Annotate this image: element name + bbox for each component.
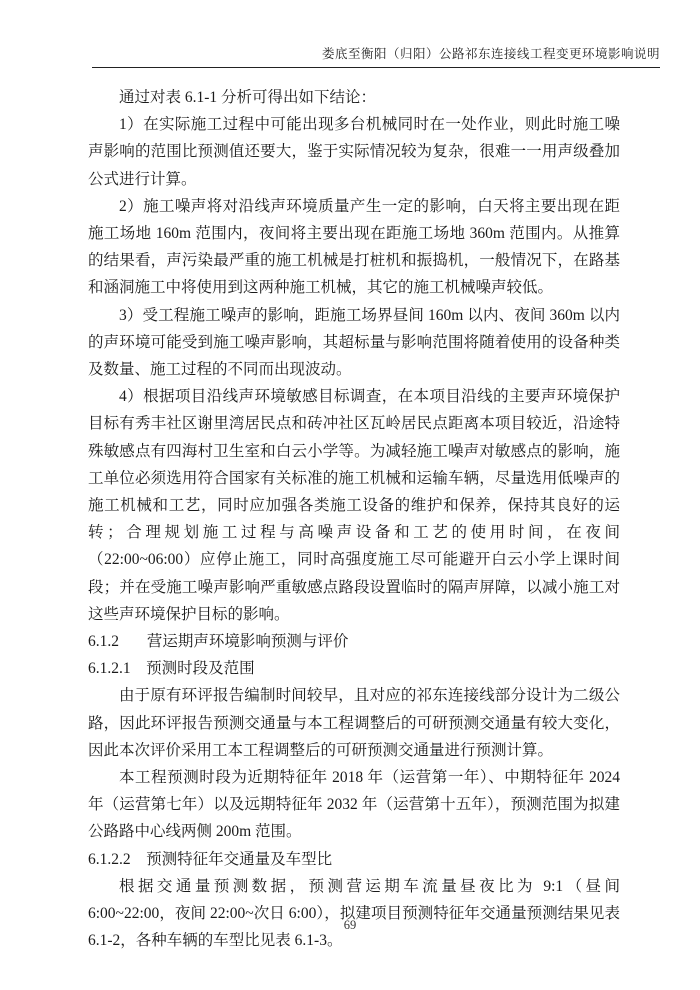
paragraph-conclusion-1: 1）在实际施工过程中可能出现多台机械同时在一处作业，则此时施工噪声影响的范围比预…: [88, 111, 620, 193]
section-number: 6.1.2.1: [88, 660, 131, 677]
paragraph-traffic-volume: 根据交通量预测数据，预测营运期车流量昼夜比为 9:1（昼间 6:00~22:00…: [88, 873, 620, 955]
paragraph-prediction-basis: 由于原有环评报告编制时间较早，且对应的祁东连接线部分设计为二级公路，因此环评报告…: [88, 682, 620, 764]
section-title: 预测时段及范围: [146, 660, 255, 677]
section-number: 6.1.2.2: [88, 851, 131, 868]
section-title: 预测特征年交通量及车型比: [146, 851, 332, 868]
section-heading-6-1-2-2: 6.1.2.2预测特征年交通量及车型比: [88, 846, 620, 873]
page-number: 69: [344, 918, 357, 932]
document-body: 通过对表 6.1-1 分析可得出如下结论： 1）在实际施工过程中可能出现多台机械…: [88, 84, 620, 955]
paragraph-conclusion-4: 4）根据项目沿线声环境敏感目标调查，在本项目沿线的主要声环境保护目标有秀丰社区谢…: [88, 383, 620, 628]
paragraph-intro: 通过对表 6.1-1 分析可得出如下结论：: [88, 84, 620, 111]
section-title: 营运期声环境影响预测与评价: [147, 633, 349, 650]
running-header: 娄底至衡阳（归阳）公路祁东连接线工程变更环境影响说明: [92, 46, 660, 68]
section-number: 6.1.2: [88, 633, 119, 650]
page-footer: 69: [0, 918, 700, 933]
section-heading-6-1-2-1: 6.1.2.1预测时段及范围: [88, 655, 620, 682]
paragraph-prediction-period: 本工程预测时段为近期特征年 2018 年（运营第一年）、中期特征年 2024 年…: [88, 764, 620, 846]
paragraph-conclusion-3: 3）受工程施工噪声的影响，距施工场界昼间 160m 以内、夜间 360m 以内的…: [88, 302, 620, 384]
section-heading-6-1-2: 6.1.2营运期声环境影响预测与评价: [88, 628, 620, 655]
document-page: 娄底至衡阳（归阳）公路祁东连接线工程变更环境影响说明 通过对表 6.1-1 分析…: [0, 0, 700, 990]
paragraph-conclusion-2: 2）施工噪声将对沿线声环境质量产生一定的影响，白天将主要出现在距施工场地 160…: [88, 193, 620, 302]
